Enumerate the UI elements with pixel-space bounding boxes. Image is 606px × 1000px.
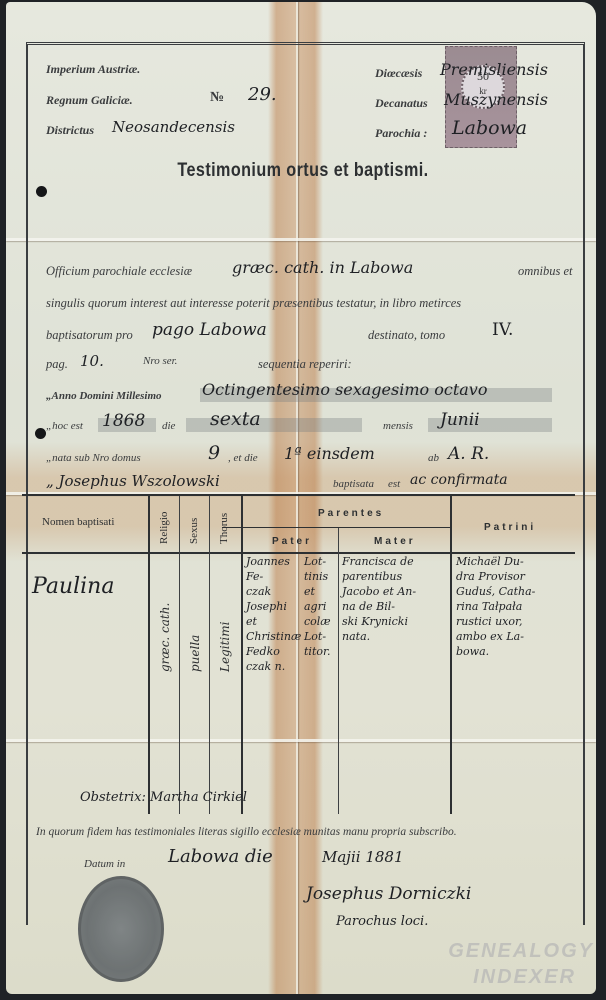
signature-name: Josephus Dorniczki [306,884,471,904]
dioecesis-value: Premisliensis [440,60,548,79]
est-label: est [388,478,400,490]
mensis-value: Junii [440,410,480,430]
obstetrix: Obstetrix: Martha Cirkiel [80,790,247,805]
patrini-line: rina Tałpała [456,599,574,614]
tomo-value: IV. [492,320,513,340]
body-line1-handwritten: græc. cath. in Labowa [232,258,413,277]
col-divider [148,494,150,814]
cell-pater-2: Lot- tinis et agri colæ Lot- titor. [304,554,338,659]
regnum-label: Regnum Galiciæ. [46,93,133,108]
col-divider [179,496,180,814]
ab-label: ab [428,452,439,464]
mater-line: na de Bil- [342,599,448,614]
cell-nomen: Paulina [32,574,114,599]
punch-hole [35,428,46,439]
parentes-rule [222,527,450,528]
header-pater: Pater [272,536,312,547]
patrini-line: ambo ex La- [456,629,574,644]
signature-title: Parochus loci. [336,914,428,929]
domus-value: 9 [208,442,220,464]
patrini-line: Guduś, Catha- [456,584,574,599]
ab-value: A. R. [448,444,489,464]
body-line2: singulis quorum interest aut interesse p… [46,296,461,311]
patrini-line: rustici uxor, [456,614,574,629]
col-divider [450,494,452,814]
est-value: ac confirmata [410,472,508,488]
pater-line: czak n. [246,659,292,674]
nro-ser-label: Nro ser. [143,355,177,367]
pater-line: Christinæ [246,629,292,644]
anno-label: „Anno Domini Millesimo [46,390,162,402]
mater-line: parentibus [342,569,448,584]
cell-thorus: Legitimi [218,622,232,672]
document-title: Testimonium ortus et baptismi. [45,160,560,182]
col-divider [338,528,339,814]
year-value: 1868 [102,411,145,431]
parish-seal [78,876,164,982]
mater-line: Francisca de [342,554,448,569]
dioecesis-label: Diœcæsis [375,66,422,81]
cell-pater-1: Joannes Fe- czak Josephi et Christinæ Fe… [246,554,292,674]
die-label: die [162,420,175,432]
patrini-line: dra Provisor [456,569,574,584]
districtus-label: Districtus [46,123,94,138]
body-line3-destinato: destinato, tomo [368,328,445,343]
cell-patrini: Michaël Du- dra Provisor Guduś, Catha- r… [456,554,574,659]
datum-place: Labowa die [168,846,273,867]
pater-line: titor. [304,644,338,659]
pater-line: et [304,584,338,599]
pater-line: Lot- [304,554,338,569]
baptisata-label: baptisata [333,478,374,490]
mater-line: ski Krynicki [342,614,448,629]
decanatus-label: Decanatus [375,96,428,111]
mensis-label: mensis [383,420,413,432]
parochia-value: Labowa [452,117,527,139]
mater-line: Jacobo et An- [342,584,448,599]
baptizer-name: „ Josephus Wszolowski [46,472,220,490]
number-value: 29. [248,84,277,105]
header-mater: Mater [374,536,416,547]
header-thorus: Thorus [218,513,230,544]
et-die-value: 1ª einsdem [284,444,375,463]
pater-line: agri colæ [304,599,338,629]
body-line1-prefix: Officium parochiale ecclesiæ [46,264,192,279]
cell-mater: Francisca de parentibus Jacobo et An- na… [342,554,448,644]
watermark-line1: GENEALOGY [448,940,594,963]
sequentia-label: sequentia reperiri: [258,357,352,372]
table-top-rule [22,494,575,496]
anno-value: Octingentesimo sexagesimo octavo [202,380,487,399]
pater-line: Fedko [246,644,292,659]
nata-label: „nata sub Nro domus [46,452,141,464]
body-line1-suffix: omnibus et [518,264,573,279]
patrini-line: Michaël Du- [456,554,574,569]
punch-hole [36,186,47,197]
pater-line: czak [246,584,292,599]
body-line3-prefix: baptisatorum pro [46,328,133,343]
closing-statement: In quorum fidem has testimoniales litera… [36,826,457,838]
col-divider [209,496,210,814]
hoc-est-label: „hoc est [46,420,83,432]
pater-line: Lot- [304,629,338,644]
header-nomen: Nomen baptisati [42,516,114,528]
header-patrini: Patrini [484,522,536,533]
et-die-label: , et die [228,452,258,464]
decanatus-value: Muszynensis [444,90,548,109]
patrini-line: bowa. [456,644,574,659]
die-value: sexta [210,408,261,430]
cell-sexus: puella [188,635,202,672]
pag-label: pag. [46,357,68,372]
mater-line: nata. [342,629,448,644]
header-sexus: Sexus [188,518,200,544]
pater-line: Joannes Fe- [246,554,292,584]
pater-line: Josephi et [246,599,292,629]
imperium-label: Imperium Austriæ. [46,62,140,77]
cell-religio: græc. cath. [158,603,172,672]
watermark-line2: INDEXER [473,966,576,989]
baptism-register-table: Nomen baptisati Religio Sexus Thorus Par… [22,494,575,814]
header-parentes: Parentes [318,508,384,519]
datum-month-year: Majii 1881 [322,848,404,866]
number-label: № [210,90,224,106]
datum-label: Datum in [84,858,125,870]
header-religio: Religio [158,512,170,544]
pag-value: 10. [80,352,104,370]
parochia-label: Parochia : [375,126,427,141]
pater-line: tinis [304,569,338,584]
col-divider [241,494,243,814]
districtus-value: Neosandecensis [112,118,235,136]
body-line3-handwritten: pago Labowa [152,320,267,340]
